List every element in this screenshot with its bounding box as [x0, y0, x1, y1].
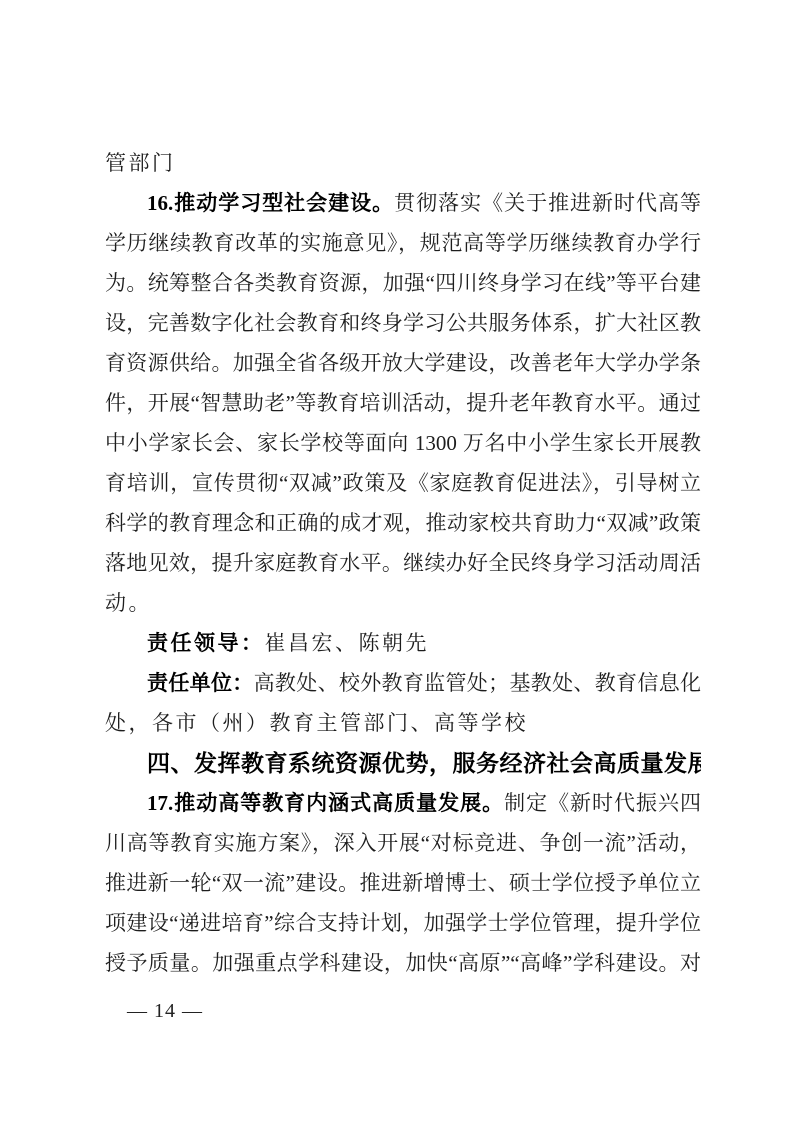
text-line: 为。统筹整合各类教育资源，加强“四川终身学习在线”等平台建 — [105, 263, 701, 303]
text-segment: 设，完善数字化社会教育和终身学习公共服务体系，扩大社区教 — [105, 311, 701, 335]
text-segment: 中小学家长会、家长学校等面向 1300 万名中小学生家长开展教 — [105, 431, 701, 455]
text-segment: 件，开展“智慧助老”等教育培训活动，提升老年教育水平。通过 — [105, 391, 701, 415]
text-line: 动。 — [105, 583, 701, 623]
text-segment: 学历继续教育改革的实施意见》，规范高等学历继续教育办学行 — [105, 231, 701, 255]
text-segment: 制定《新时代振兴四 — [504, 791, 701, 815]
text-segment: 处，各市（州）教育主管部门、高等学校 — [105, 711, 528, 735]
text-segment-bold: 17.推动高等教育内涵式高质量发展。 — [147, 791, 504, 815]
text-segment-bold: 四、发挥教育系统资源优势，服务经济社会高质量发展 — [147, 750, 701, 776]
text-line: 落地见效，提升家庭教育水平。继续办好全民终身学习活动周活 — [105, 543, 701, 583]
text-line: 责任领导：崔昌宏、陈朝先 — [105, 623, 701, 663]
text-segment: 推进新一轮“双一流”建设。推进新增博士、硕士学位授予单位立 — [105, 871, 701, 895]
text-line: 授予质量。加强重点学科建设，加快“高原”“高峰”学科建设。对 — [105, 943, 701, 983]
text-line: 管部门 — [105, 143, 701, 183]
text-segment: 管部门 — [105, 151, 176, 175]
document-body: 管部门16.推动学习型社会建设。贯彻落实《关于推进新时代高等学历继续教育改革的实… — [105, 143, 701, 983]
text-segment-bold: 责任领导： — [147, 631, 265, 655]
text-line: 中小学家长会、家长学校等面向 1300 万名中小学生家长开展教 — [105, 423, 701, 463]
text-line: 科学的教育理念和正确的成才观，推动家校共育助力“双减”政策 — [105, 503, 701, 543]
text-segment-bold: 16.推动学习型社会建设。 — [147, 191, 394, 215]
text-segment: 科学的教育理念和正确的成才观，推动家校共育助力“双减”政策 — [105, 511, 701, 535]
text-segment: 落地见效，提升家庭教育水平。继续办好全民终身学习活动周活 — [105, 551, 701, 575]
text-line: 16.推动学习型社会建设。贯彻落实《关于推进新时代高等 — [105, 183, 701, 223]
text-line: 设，完善数字化社会教育和终身学习公共服务体系，扩大社区教 — [105, 303, 701, 343]
text-line: 责任单位：高教处、校外教育监管处；基教处、教育信息化 — [105, 663, 701, 703]
text-segment-bold: 责任单位： — [147, 671, 254, 695]
text-segment: 贯彻落实《关于推进新时代高等 — [394, 191, 701, 215]
text-line: 件，开展“智慧助老”等教育培训活动，提升老年教育水平。通过 — [105, 383, 701, 423]
text-line: 育培训，宣传贯彻“双减”政策及《家庭教育促进法》，引导树立 — [105, 463, 701, 503]
text-segment: 高教处、校外教育监管处；基教处、教育信息化 — [254, 671, 701, 695]
text-line: 育资源供给。加强全省各级开放大学建设，改善老年大学办学条 — [105, 343, 701, 383]
text-segment: 项建设“递进培育”综合支持计划，加强学士学位管理，提升学位 — [105, 911, 701, 935]
text-segment: 为。统筹整合各类教育资源，加强“四川终身学习在线”等平台建 — [105, 271, 701, 295]
text-line: 川高等教育实施方案》，深入开展“对标竞进、争创一流”活动， — [105, 823, 701, 863]
text-segment: 川高等教育实施方案》，深入开展“对标竞进、争创一流”活动， — [105, 831, 701, 855]
text-segment: 育培训，宣传贯彻“双减”政策及《家庭教育促进法》，引导树立 — [105, 471, 701, 495]
text-segment: 授予质量。加强重点学科建设，加快“高原”“高峰”学科建设。对 — [105, 951, 701, 975]
text-line: 17.推动高等教育内涵式高质量发展。制定《新时代振兴四 — [105, 783, 701, 823]
document-page: 管部门16.推动学习型社会建设。贯彻落实《关于推进新时代高等学历继续教育改革的实… — [0, 0, 793, 1122]
text-segment: 动。 — [105, 591, 152, 615]
text-line: 项建设“递进培育”综合支持计划，加强学士学位管理，提升学位 — [105, 903, 701, 943]
text-line: 推进新一轮“双一流”建设。推进新增博士、硕士学位授予单位立 — [105, 863, 701, 903]
text-segment: 崔昌宏、陈朝先 — [265, 631, 430, 655]
page-number: — 14 — — [127, 999, 203, 1023]
section-heading: 四、发挥教育系统资源优势，服务经济社会高质量发展 — [105, 743, 701, 783]
text-segment: 育资源供给。加强全省各级开放大学建设，改善老年大学办学条 — [105, 351, 701, 375]
text-line: 学历继续教育改革的实施意见》，规范高等学历继续教育办学行 — [105, 223, 701, 263]
text-line: 处，各市（州）教育主管部门、高等学校 — [105, 703, 701, 743]
